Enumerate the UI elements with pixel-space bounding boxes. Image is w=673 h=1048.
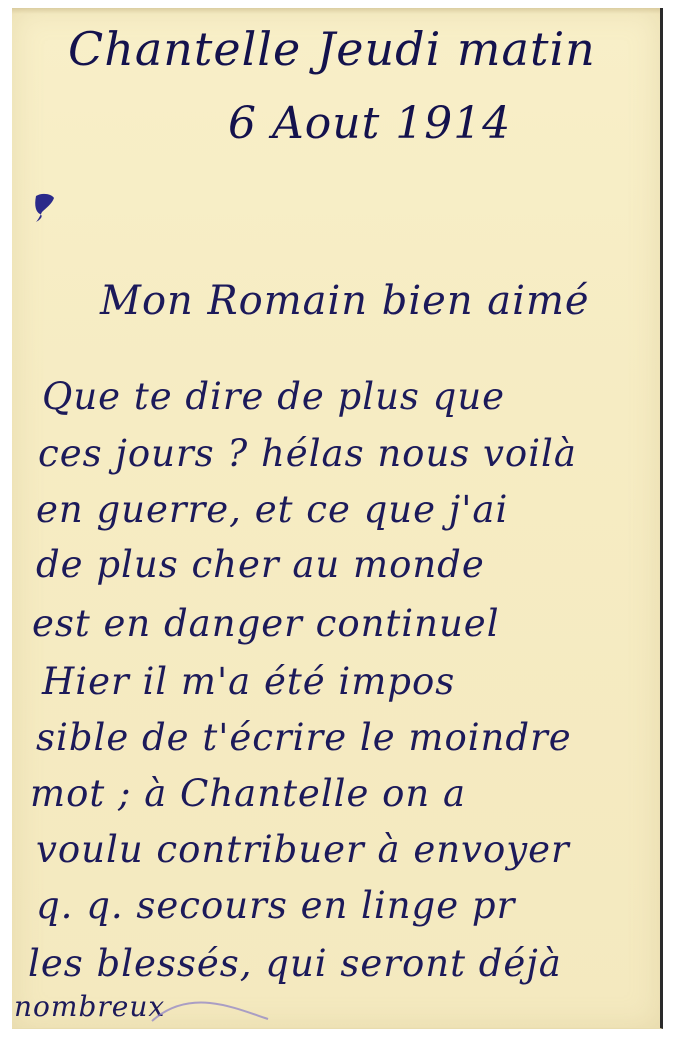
letter-line-3: en guerre, et ce que j'ai bbox=[36, 488, 508, 531]
letter-line-5: est en danger continuel bbox=[32, 602, 500, 645]
letter-line-7: sible de t'écrire le moindre bbox=[36, 716, 572, 759]
letter-salutation: Mon Romain bien aimé bbox=[100, 278, 590, 324]
ink-flourish-icon bbox=[150, 995, 270, 1025]
letter-heading-date: 6 Aout 1914 bbox=[228, 98, 511, 149]
paper-top-edge bbox=[12, 8, 660, 14]
letter-line-11: les blessés, qui seront déjà bbox=[28, 942, 562, 985]
letter-line-8: mot ; à Chantelle on a bbox=[30, 772, 466, 815]
letter-line-4: de plus cher au monde bbox=[36, 543, 485, 586]
letter-line-9: voulu contribuer à envoyer bbox=[36, 828, 570, 871]
letter-line-10: q. q. secours en linge pr bbox=[36, 884, 515, 927]
letter-heading-place-day: Chantelle Jeudi matin bbox=[68, 22, 596, 76]
letter-line-2: ces jours ? hélas nous voilà bbox=[38, 432, 577, 475]
ink-blot-icon bbox=[32, 190, 58, 226]
letter-line-6: Hier il m'a été impos bbox=[42, 660, 455, 703]
letter-line-12: nombreux bbox=[14, 990, 165, 1023]
letter-line-1: Que te dire de plus que bbox=[42, 375, 505, 418]
